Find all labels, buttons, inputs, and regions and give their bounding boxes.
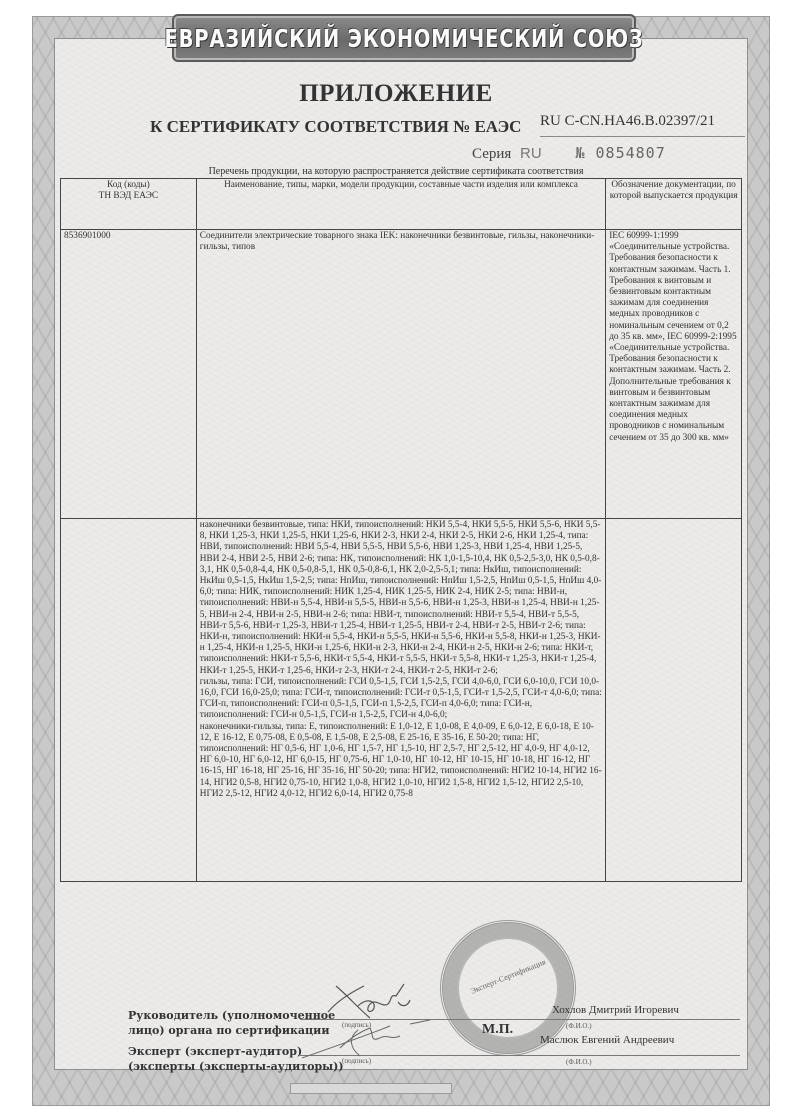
- expert-signature-icon: [300, 1018, 440, 1063]
- form-number: № 0854807: [575, 144, 665, 162]
- cell-code: [61, 519, 197, 882]
- series-block: Серия RU № 0854807: [472, 144, 666, 163]
- header-code: Код (коды) ТН ВЭД ЕАЭС: [61, 179, 197, 230]
- cell-documentation: IEC 60999-1:1999 «Соединительные устройс…: [606, 230, 742, 519]
- table-row: наконечники безвинтовые, типа: НКИ, типо…: [61, 519, 742, 882]
- list-caption: Перечень продукции, на которую распростр…: [0, 166, 792, 177]
- seal-label: М.П.: [482, 1022, 513, 1038]
- header-documentation: Обозначение документации, по которой вып…: [606, 179, 742, 230]
- head-signature-icon: [318, 982, 428, 1022]
- table-row: 8536901000 Соединители электрические тов…: [61, 230, 742, 519]
- page-title: ПРИЛОЖЕНИЕ: [0, 80, 792, 108]
- series-value: RU: [520, 145, 542, 162]
- description-sleeves: гильзы, типа: ГСИ, типоисполнений: ГСИ 0…: [200, 677, 602, 722]
- certificate-number: RU C-CN.НА46.В.02397/21: [540, 113, 715, 130]
- head-name: Хохлов Дмитрий Игоревич: [552, 1004, 679, 1016]
- union-banner-text: ЕВРАЗИЙСКИЙ ЭКОНОМИЧЕСКИЙ СОЮЗ: [165, 24, 644, 53]
- expert-name-caption: (Ф.И.О.): [566, 1058, 592, 1066]
- expert-name: Маслюк Евгений Андреевич: [540, 1034, 674, 1046]
- description-terminals: наконечники безвинтовые, типа: НКИ, типо…: [200, 520, 602, 677]
- series-label: Серия: [472, 146, 511, 162]
- description-ferrules: наконечники-гильзы, типа: Е, типоисполне…: [200, 722, 602, 800]
- certificate-number-underline: [540, 136, 745, 137]
- header-description: Наименование, типы, марки, модели продук…: [196, 179, 605, 230]
- cell-description: наконечники безвинтовые, типа: НКИ, типо…: [196, 519, 605, 882]
- printer-imprint: [290, 1083, 452, 1094]
- cell-code: 8536901000: [61, 230, 197, 519]
- union-banner: ЕВРАЗИЙСКИЙ ЭКОНОМИЧЕСКИЙ СОЮЗ: [172, 14, 636, 62]
- head-name-caption: (Ф.И.О.): [566, 1022, 592, 1030]
- cell-documentation: [606, 519, 742, 882]
- certificate-subtitle: К СЕРТИФИКАТУ СООТВЕТСТВИЯ № ЕАЭС: [150, 117, 521, 137]
- products-table: Код (коды) ТН ВЭД ЕАЭС Наименование, тип…: [60, 178, 742, 882]
- cell-description: Соединители электрические товарного знак…: [196, 230, 605, 519]
- table-header-row: Код (коды) ТН ВЭД ЕАЭС Наименование, тип…: [61, 179, 742, 230]
